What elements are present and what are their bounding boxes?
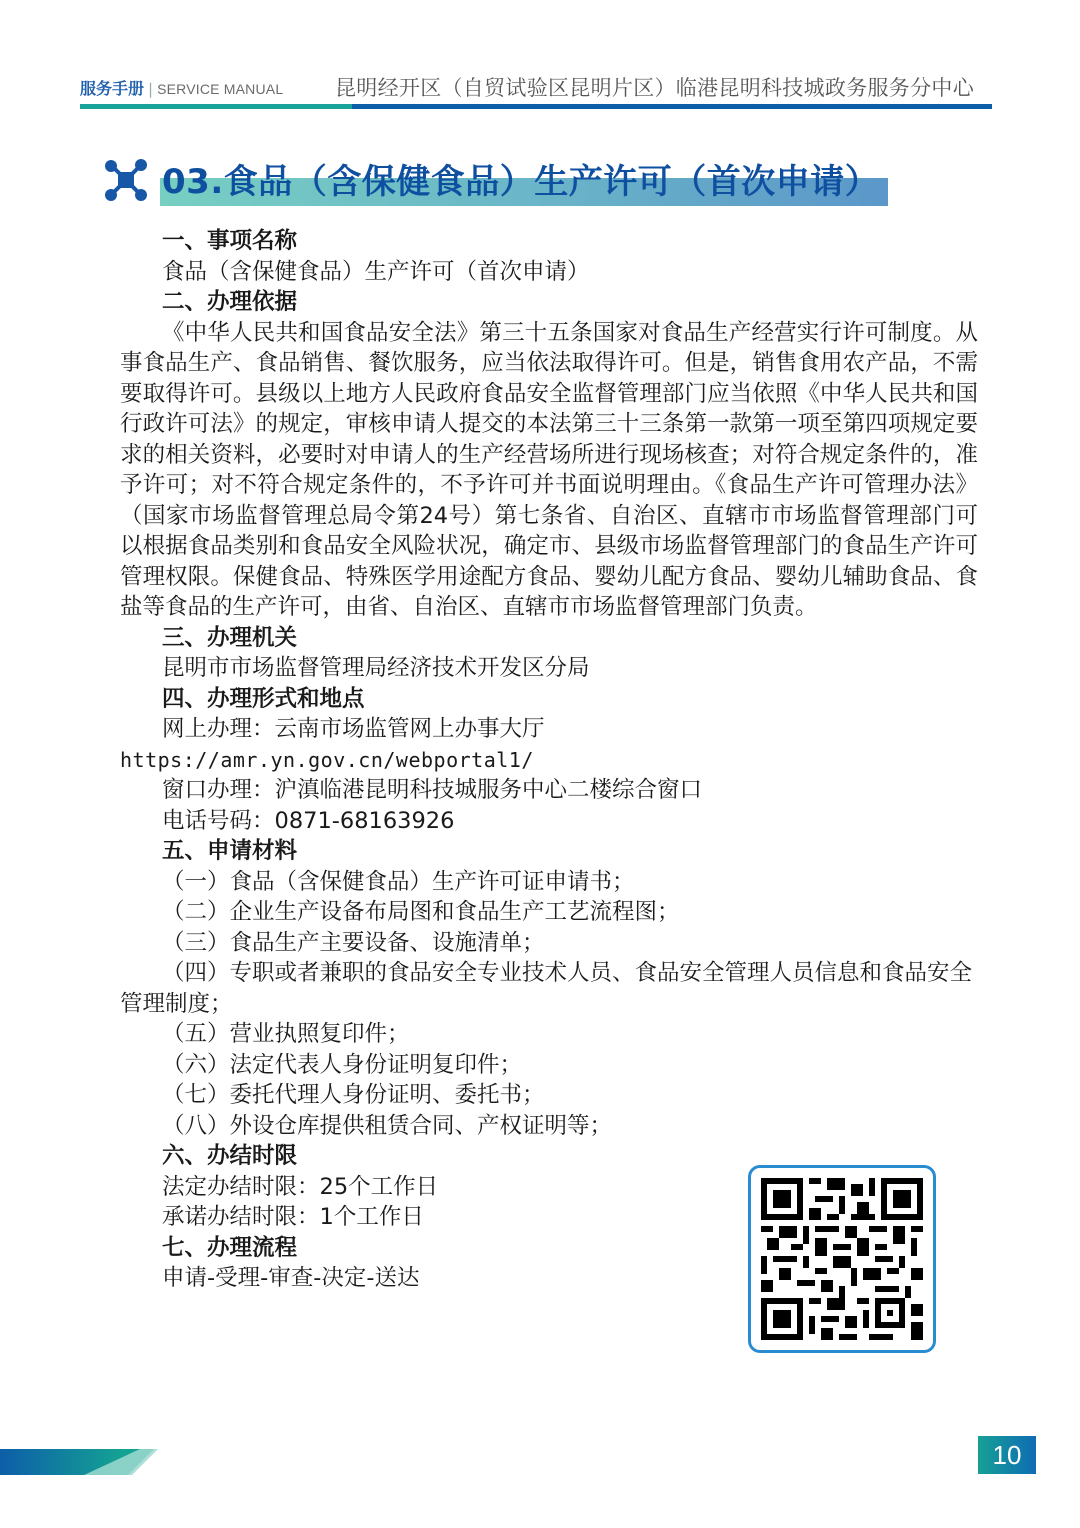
material-item: （七）委托代理人身份证明、委托书； (120, 1080, 978, 1111)
item-name-text: 食品（含保健食品）生产许可（首次申请） (120, 257, 978, 288)
qr-code[interactable] (748, 1165, 936, 1353)
page-number: 10 (978, 1436, 1036, 1474)
online-service-text: 网上办理：云南市场监管网上办事大厅 (120, 714, 978, 745)
heading-authority: 三、办理机关 (120, 623, 978, 654)
org-name: 昆明经开区（自贸试验区昆明片区）临港昆明科技城政务服务分中心 (335, 72, 974, 102)
manual-en: SERVICE MANUAL (157, 81, 283, 97)
material-item: （五）营业执照复印件； (120, 1019, 978, 1050)
heading-legal-basis: 二、办理依据 (120, 287, 978, 318)
network-nodes-icon (104, 158, 148, 202)
material-item: （八）外设仓库提供租赁合同、产权证明等； (120, 1111, 978, 1142)
page-title: 03.食品（含保健食品）生产许可（首次申请） (162, 154, 879, 203)
page-header: 服务手册|SERVICE MANUAL 昆明经开区（自贸试验区昆明片区）临港昆明… (80, 72, 992, 106)
footer-decoration (0, 1449, 160, 1475)
material-item: （四）专职或者兼职的食品安全专业技术人员、食品安全管理人员信息和食品安全管理制度… (120, 958, 978, 1019)
material-item: （二）企业生产设备布局图和食品生产工艺流程图； (120, 897, 978, 928)
online-service-link[interactable]: https://amr.yn.gov.cn/webportal1/ (120, 745, 978, 776)
header-separator: | (148, 80, 153, 98)
header-divider (80, 104, 992, 109)
qr-code-icon (761, 1178, 923, 1340)
material-item: （三）食品生产主要设备、设施清单； (120, 928, 978, 959)
section-title: 03.食品（含保健食品）生产许可（首次申请） (100, 150, 900, 210)
phone-text: 电话号码：0871-68163926 (120, 806, 978, 837)
manual-label: 服务手册|SERVICE MANUAL (80, 76, 283, 99)
material-item: （六）法定代表人身份证明复印件； (120, 1050, 978, 1081)
legal-basis-text: 《中华人民共和国食品安全法》第三十五条国家对食品生产经营实行许可制度。从事食品生… (120, 318, 978, 623)
heading-form-location: 四、办理形式和地点 (120, 684, 978, 715)
material-item: （一）食品（含保健食品）生产许可证申请书； (120, 867, 978, 898)
heading-item-name: 一、事项名称 (120, 226, 978, 257)
heading-materials: 五、申请材料 (120, 836, 978, 867)
manual-cn: 服务手册 (80, 79, 144, 98)
document-body: 一、事项名称 食品（含保健食品）生产许可（首次申请） 二、办理依据 《中华人民共… (120, 226, 978, 1294)
window-service-text: 窗口办理：沪滇临港昆明科技城服务中心二楼综合窗口 (120, 775, 978, 806)
authority-text: 昆明市市场监督管理局经济技术开发区分局 (120, 653, 978, 684)
